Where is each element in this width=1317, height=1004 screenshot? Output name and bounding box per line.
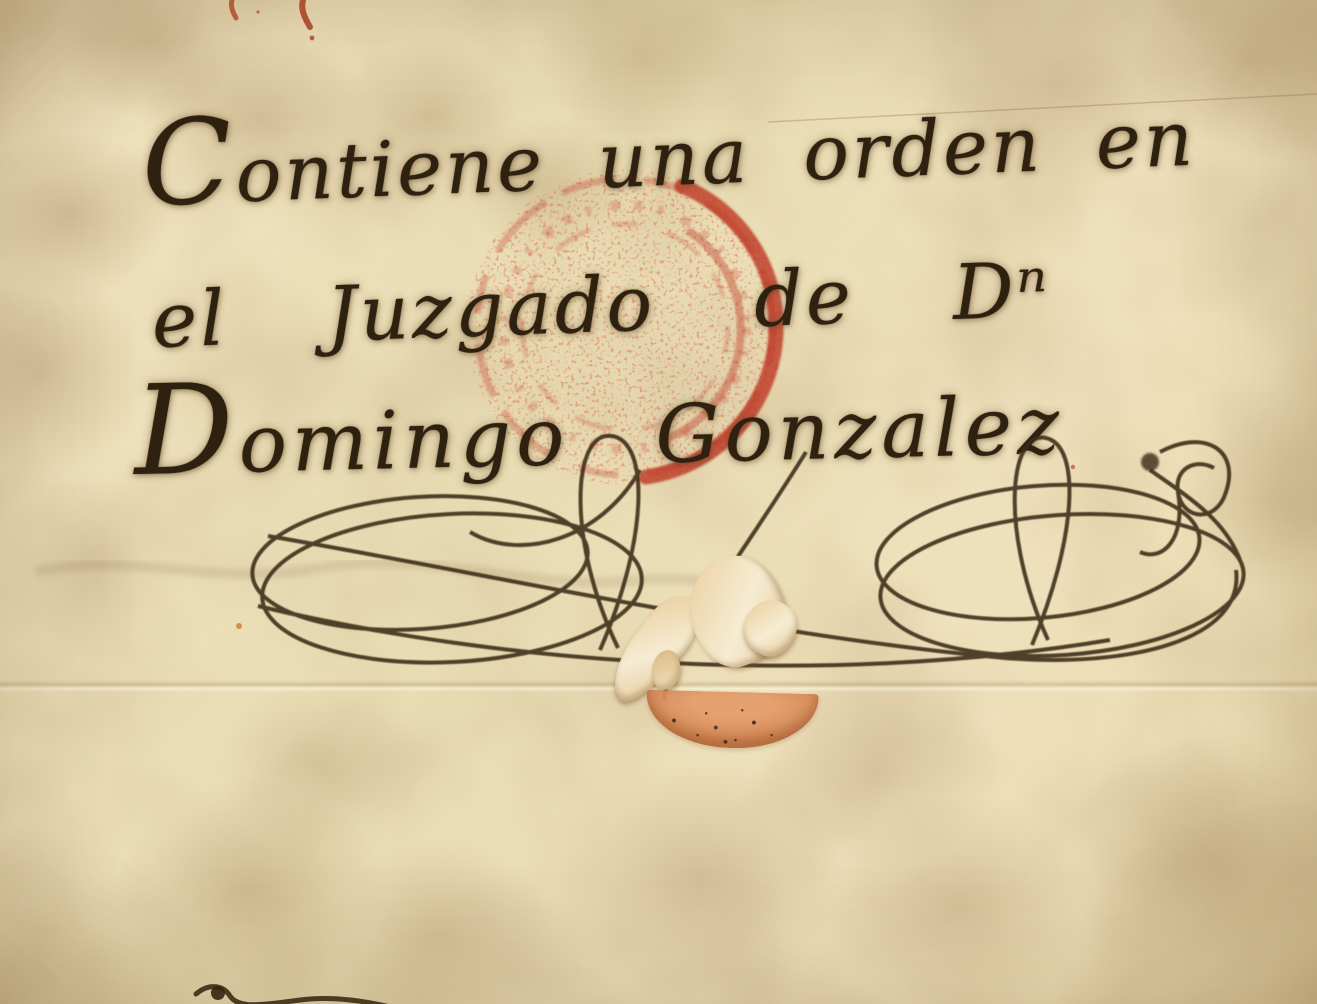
red-fleck — [1071, 465, 1075, 469]
ink-blot-flourish — [1141, 453, 1159, 471]
foreground-ink-layer — [0, 0, 1317, 1004]
red-ink-drips-top — [231, 0, 314, 40]
ink-blot-bottom — [196, 986, 394, 1004]
letter-cover-scan: Contiene una orden en el Juzgado de Dⁿ D… — [0, 0, 1317, 1004]
orange-fleck — [236, 623, 242, 629]
